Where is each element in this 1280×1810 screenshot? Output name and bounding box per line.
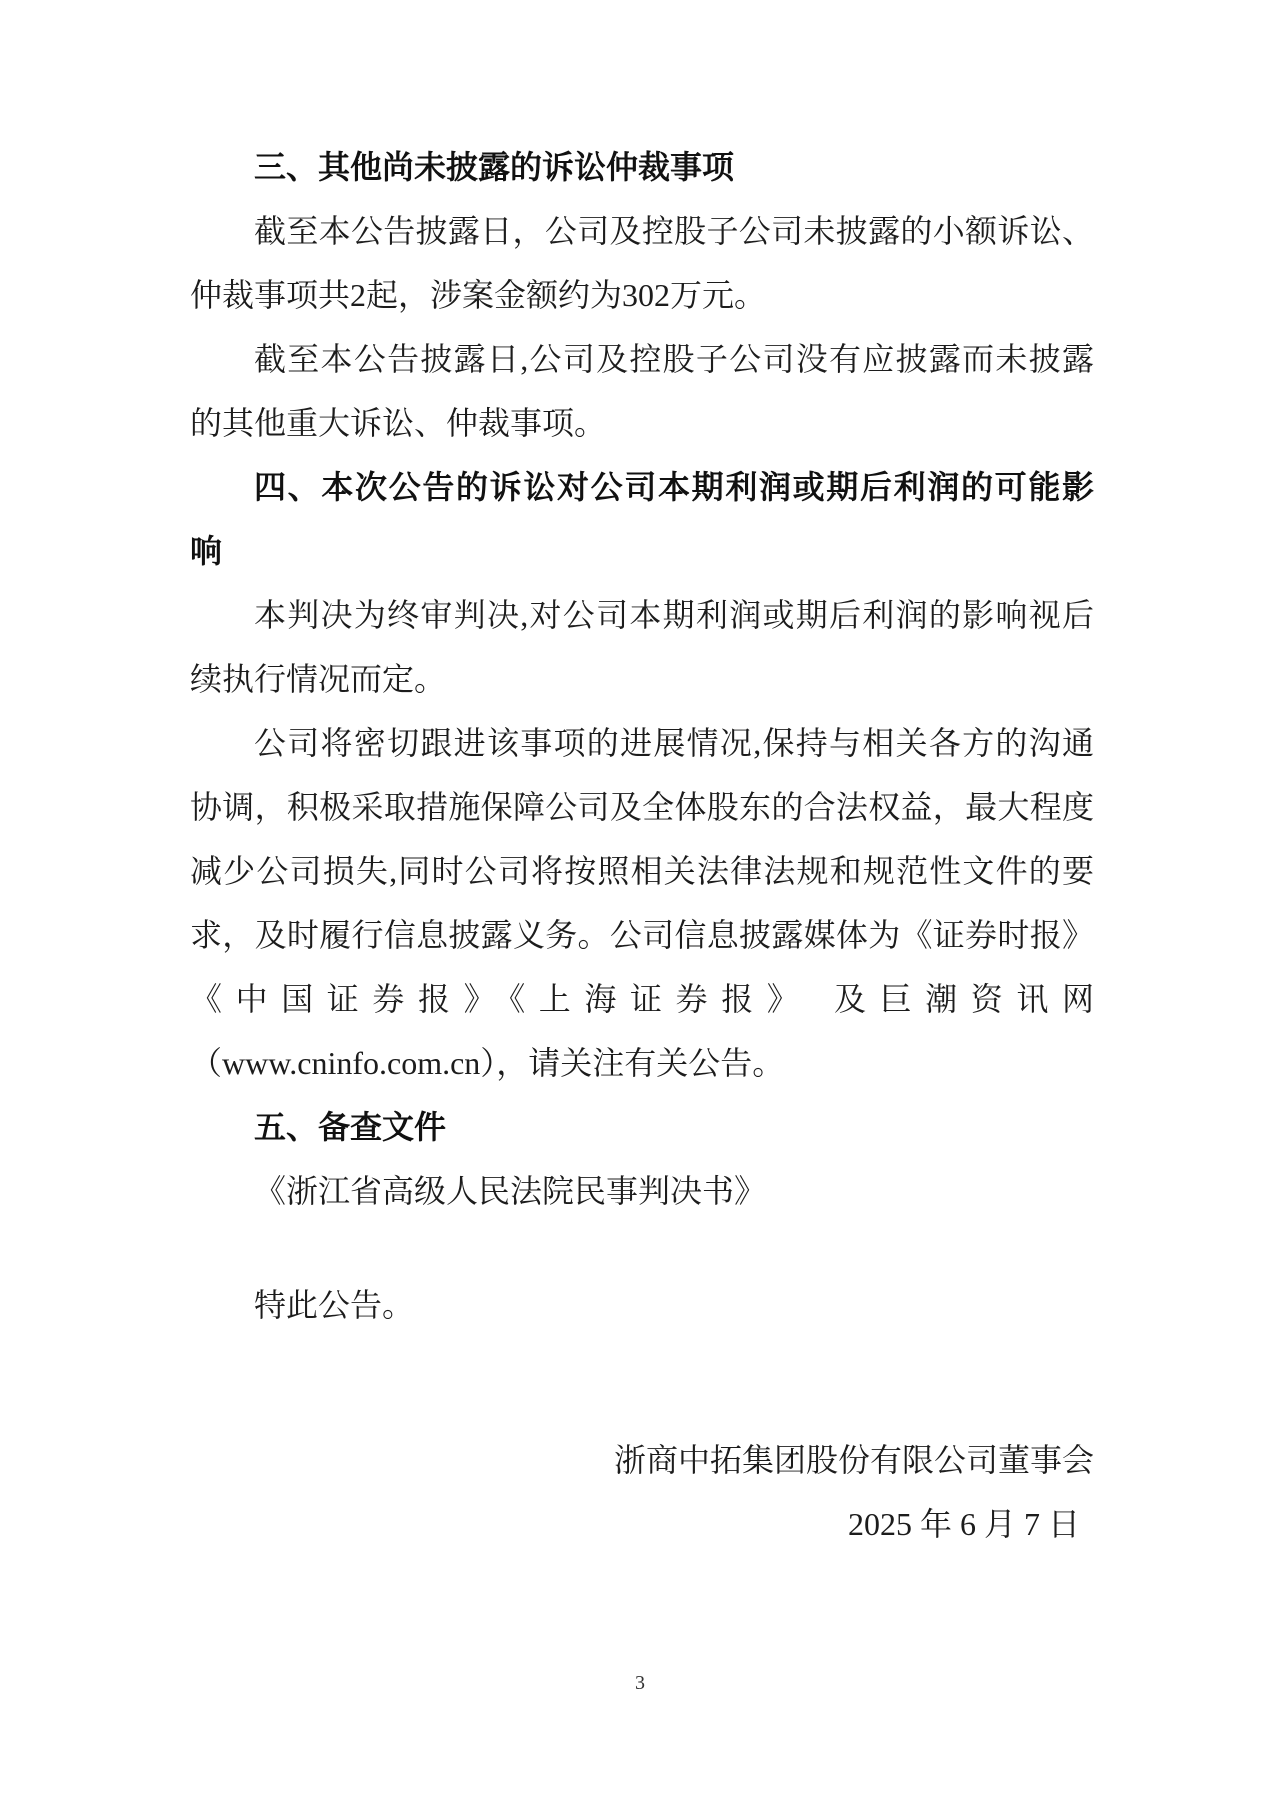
section-heading-4: 四、本次公告的诉讼对公司本期利润或期后利润的可能影 [190, 455, 1094, 519]
signature-date: 2025 年 6 月 7 日 [190, 1492, 1094, 1556]
body-line: 续执行情况而定。 [190, 647, 1094, 711]
section-heading-5: 五、备查文件 [190, 1095, 1094, 1159]
body-line: 的其他重大诉讼、仲裁事项。 [190, 391, 1094, 455]
body-line: 本判决为终审判决,对公司本期利润或期后利润的影响视后 [190, 583, 1094, 647]
section-heading-4-continuation: 响 [190, 519, 1094, 583]
section-heading-3: 三、其他尚未披露的诉讼仲裁事项 [190, 135, 1094, 199]
body-line: 截至本公告披露日，公司及控股子公司未披露的小额诉讼、 [190, 199, 1094, 263]
body-line: 截至本公告披露日,公司及控股子公司没有应披露而未披露 [190, 327, 1094, 391]
body-line: 减少公司损失,同时公司将按照相关法律法规和规范性文件的要 [190, 839, 1094, 903]
closing-line: 特此公告。 [190, 1273, 1094, 1337]
spacer [190, 1337, 1094, 1428]
spacer [190, 1223, 1094, 1273]
document-page: 三、其他尚未披露的诉讼仲裁事项 截至本公告披露日，公司及控股子公司未披露的小额诉… [0, 0, 1280, 1810]
reference-document-line: 《浙江省高级人民法院民事判决书》 [190, 1159, 1094, 1223]
page-number: 3 [0, 1668, 1280, 1698]
signature-company: 浙商中拓集团股份有限公司董事会 [190, 1428, 1094, 1492]
body-line: 仲裁事项共2起，涉案金额约为302万元。 [190, 263, 1094, 327]
body-line: 求，及时履行信息披露义务。公司信息披露媒体为《证券时报》 [190, 903, 1094, 967]
body-line: 协调，积极采取措施保障公司及全体股东的合法权益，最大程度 [190, 775, 1094, 839]
body-line-newspapers: 《中国证券报》《上海证券报》 及巨潮资讯网 [190, 967, 1094, 1031]
body-line: 公司将密切跟进该事项的进展情况,保持与相关各方的沟通 [190, 711, 1094, 775]
body-line-website: （www.cninfo.com.cn），请关注有关公告。 [190, 1031, 1094, 1095]
document-body: 三、其他尚未披露的诉讼仲裁事项 截至本公告披露日，公司及控股子公司未披露的小额诉… [190, 135, 1094, 1556]
